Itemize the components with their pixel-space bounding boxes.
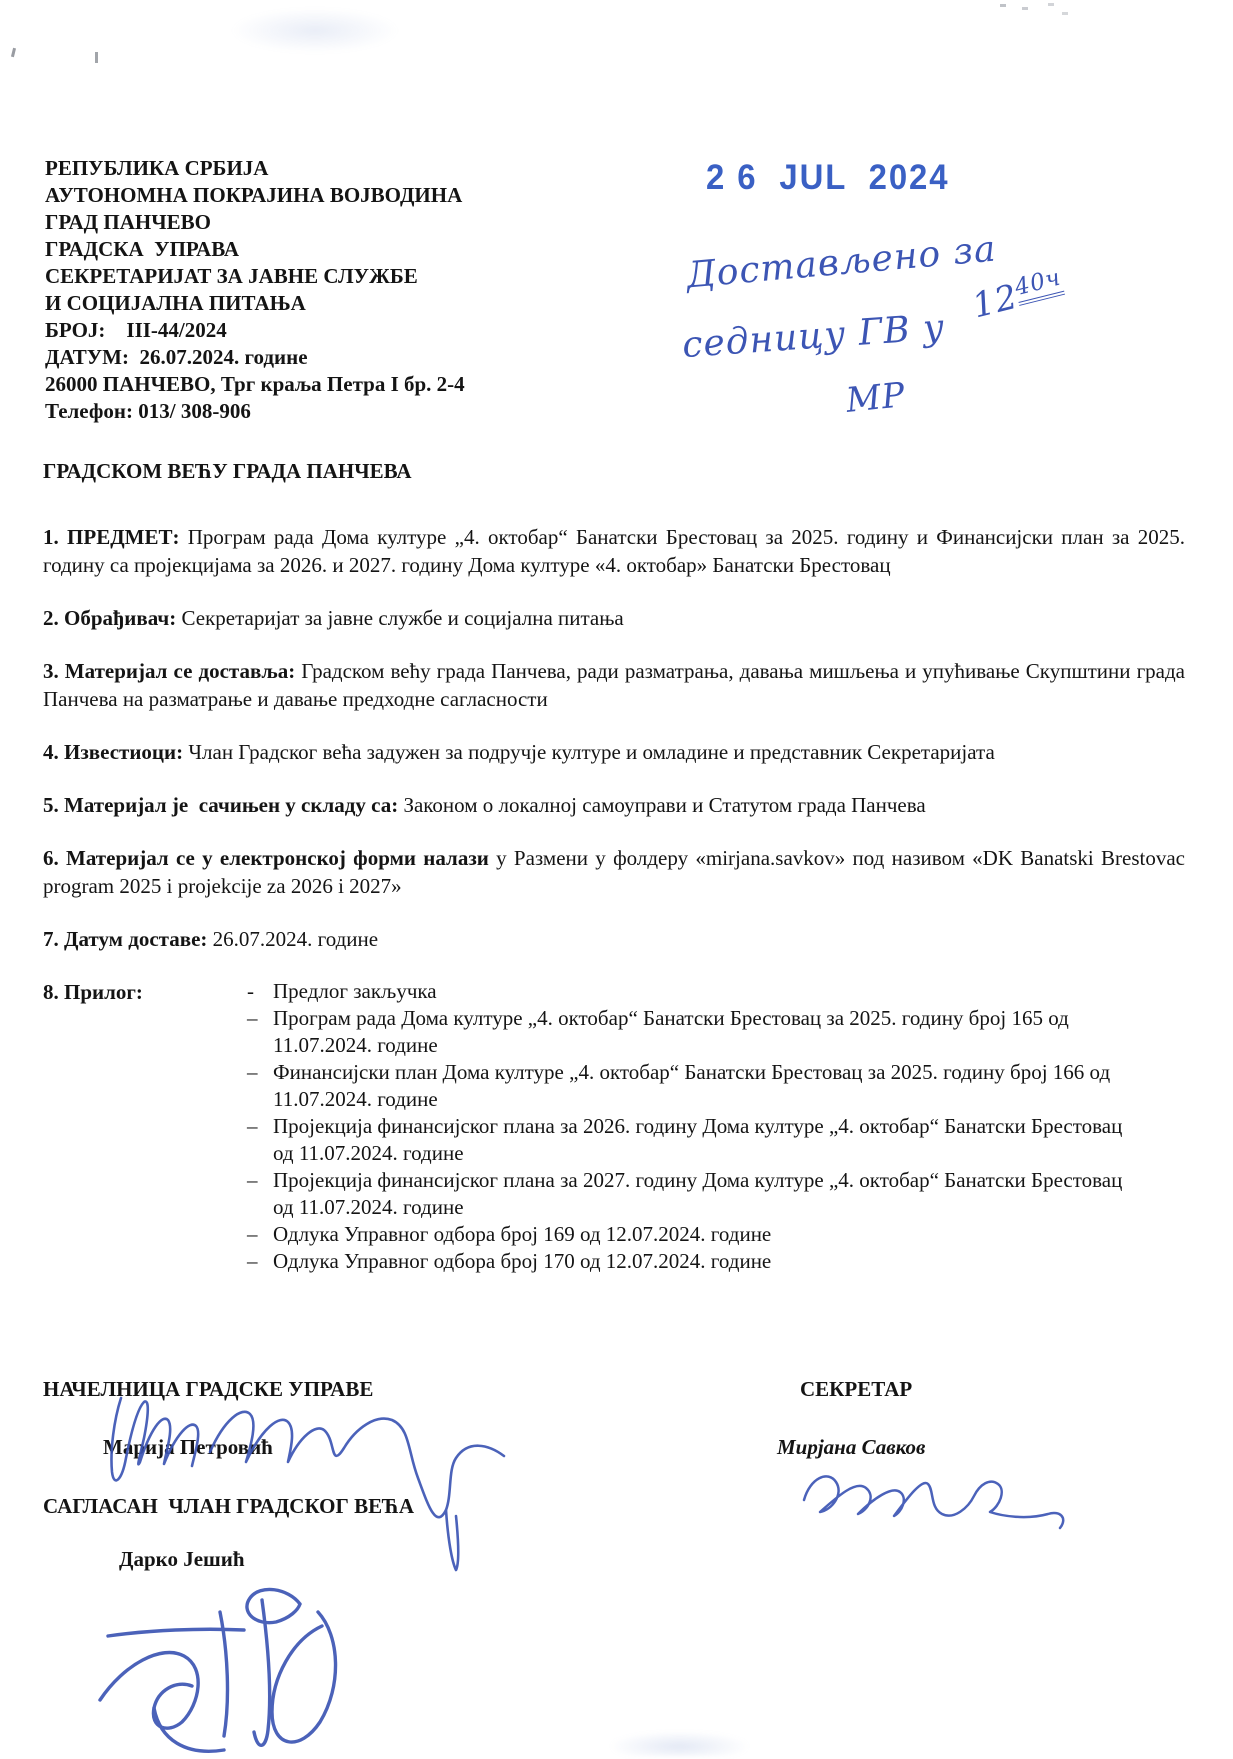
item-text: 26.07.2024. године xyxy=(213,927,378,951)
item-text: Секретаријат за јавне службе и социјална… xyxy=(181,606,623,630)
letterhead: РЕПУБЛИКА СРБИЈААУТОНОМНА ПОКРАЈИНА ВОЈВ… xyxy=(45,155,465,425)
recipient-line: ГРАДСКОМ ВЕЋУ ГРАДА ПАНЧЕВА xyxy=(43,459,412,484)
item-text: Програм рада Дома културе „4. октобар“ Б… xyxy=(43,525,1185,577)
item-label: 3. Материјал се доставља: xyxy=(43,659,295,683)
attachment-bullet: – xyxy=(247,1167,273,1221)
attachment-text: Одлука Управног одбора број 169 од 12.07… xyxy=(273,1221,1135,1248)
scan-specks-top-right xyxy=(1000,4,1006,7)
attachments-label-column: 8. Прилог: xyxy=(43,978,247,1275)
letter-body: 1. ПРЕДМЕТ: Програм рада Дома културе „4… xyxy=(43,523,1185,1300)
letterhead-line: ГРАДСКА УПРАВА xyxy=(45,236,465,263)
savkov-signature xyxy=(804,1476,1063,1528)
left-signer-title: НАЧЕЛНИЦА ГРАДСКЕ УПРАВЕ xyxy=(43,1377,373,1402)
attachment-bullet: – xyxy=(247,1059,273,1113)
consent-signer-name: Дарко Јешић xyxy=(119,1547,245,1572)
handwritten-time: 1240ч xyxy=(969,265,1068,326)
attachment-text: Предлог закључка xyxy=(273,978,1135,1005)
item-paragraph: 7. Датум доставе: 26.07.2024. године xyxy=(43,925,1185,953)
scan-smudge-top xyxy=(230,8,400,53)
attachment-row: –Пројекција финансијског плана за 2027. … xyxy=(247,1167,1147,1221)
item-text: Законом о локалној самоуправи и Статутом… xyxy=(403,793,925,817)
item-paragraph: 6. Материјал се у електронској форми нал… xyxy=(43,844,1185,900)
attachment-text: Програм рада Дома културе „4. октобар“ Б… xyxy=(273,1005,1135,1059)
letterhead-line: Телефон: 013/ 308-906 xyxy=(45,398,465,425)
handwritten-time-minutes: 40ч xyxy=(1012,265,1065,306)
item-label: 5. Материјал је сачињен у складу са: xyxy=(43,793,398,817)
letterhead-line: ДАТУМ: 26.07.2024. године xyxy=(45,344,465,371)
item-label: 2. Обрађивач: xyxy=(43,606,176,630)
attachment-bullet: – xyxy=(247,1221,273,1248)
scan-speck-left-2 xyxy=(95,52,98,63)
attachment-bullet: - xyxy=(247,978,273,1005)
item-label: 8. Прилог: xyxy=(43,980,143,1004)
attachment-bullet: – xyxy=(247,1248,273,1275)
scan-smudge-bottom xyxy=(612,1732,747,1756)
attachment-text: Одлука Управног одбора број 170 од 12.07… xyxy=(273,1248,1135,1275)
attachment-row: –Пројекција финансијског плана за 2026. … xyxy=(247,1113,1147,1167)
letterhead-line: БРОЈ: III-44/2024 xyxy=(45,317,465,344)
letterhead-line: И СОЦИЈАЛНА ПИТАЊА xyxy=(45,290,465,317)
attachment-text: Пројекција финансијског плана за 2026. г… xyxy=(273,1113,1135,1167)
right-signer-name: Мирјана Савков xyxy=(777,1435,925,1460)
letterhead-line: АУТОНОМНА ПОКРАЈИНА ВОЈВОДИНА xyxy=(45,182,465,209)
attachment-bullet: – xyxy=(247,1113,273,1167)
jesic-signature xyxy=(100,1589,336,1751)
item-paragraph: 3. Материјал се доставља: Градском већу … xyxy=(43,657,1185,713)
item-attachments: 8. Прилог:-Предлог закључка–Програм рада… xyxy=(43,978,1185,1275)
attachment-row: –Програм рада Дома културе „4. октобар“ … xyxy=(247,1005,1147,1059)
handwritten-note-line2: седницу ГВ у xyxy=(681,307,946,366)
left-signer-name: Марија Петровић xyxy=(103,1435,273,1460)
item-paragraph: 4. Известиоци: Члан Градског већа задуже… xyxy=(43,738,1185,766)
received-date-stamp: 2 6 JUL 2024 xyxy=(706,158,949,198)
petrovic-signature xyxy=(111,1398,504,1570)
letterhead-line: РЕПУБЛИКА СРБИЈА xyxy=(45,155,465,182)
item-paragraph: 5. Материјал је сачињен у складу са: Зак… xyxy=(43,791,1185,819)
attachment-bullet: – xyxy=(247,1005,273,1059)
item-label: 4. Известиоци: xyxy=(43,740,183,764)
scanned-letter-page: РЕПУБЛИКА СРБИЈААУТОНОМНА ПОКРАЈИНА ВОЈВ… xyxy=(0,0,1233,1759)
item-label: 1. ПРЕДМЕТ: xyxy=(43,525,179,549)
item-paragraph: 2. Обрађивач: Секретаријат за јавне служ… xyxy=(43,604,1185,632)
right-signer-title: СЕКРЕТАР xyxy=(800,1377,912,1402)
attachment-row: -Предлог закључка xyxy=(247,978,1147,1005)
handwritten-note-line1: Достављено за xyxy=(685,229,998,297)
item-label: 6. Материјал се у електронској форми нал… xyxy=(43,846,489,870)
attachment-row: –Одлука Управног одбора број 170 од 12.0… xyxy=(247,1248,1147,1275)
attachment-row: –Одлука Управног одбора број 169 од 12.0… xyxy=(247,1221,1147,1248)
item-text: Члан Градског већа задужен за подручје к… xyxy=(188,740,994,764)
letterhead-line: 26000 ПАНЧЕВО, Трг краља Петра I бр. 2-4 xyxy=(45,371,465,398)
letterhead-line: СЕКРЕТАРИЈАТ ЗА ЈАВНЕ СЛУЖБЕ xyxy=(45,263,465,290)
handwritten-initials: МР xyxy=(844,375,908,421)
consent-title: САГЛАСАН ЧЛАН ГРАДСКОГ ВЕЋА xyxy=(43,1494,414,1519)
attachment-row: –Финансијски план Дома културе „4. октоб… xyxy=(247,1059,1147,1113)
item-label: 7. Датум доставе: xyxy=(43,927,207,951)
item-paragraph: 1. ПРЕДМЕТ: Програм рада Дома културе „4… xyxy=(43,523,1185,579)
attachment-text: Финансијски план Дома културе „4. октоба… xyxy=(273,1059,1135,1113)
scan-speck-left-1 xyxy=(11,48,16,57)
attachment-text: Пројекција финансијског плана за 2027. г… xyxy=(273,1167,1135,1221)
letterhead-line: ГРАД ПАНЧЕВО xyxy=(45,209,465,236)
attachments-list: -Предлог закључка–Програм рада Дома култ… xyxy=(247,978,1147,1275)
